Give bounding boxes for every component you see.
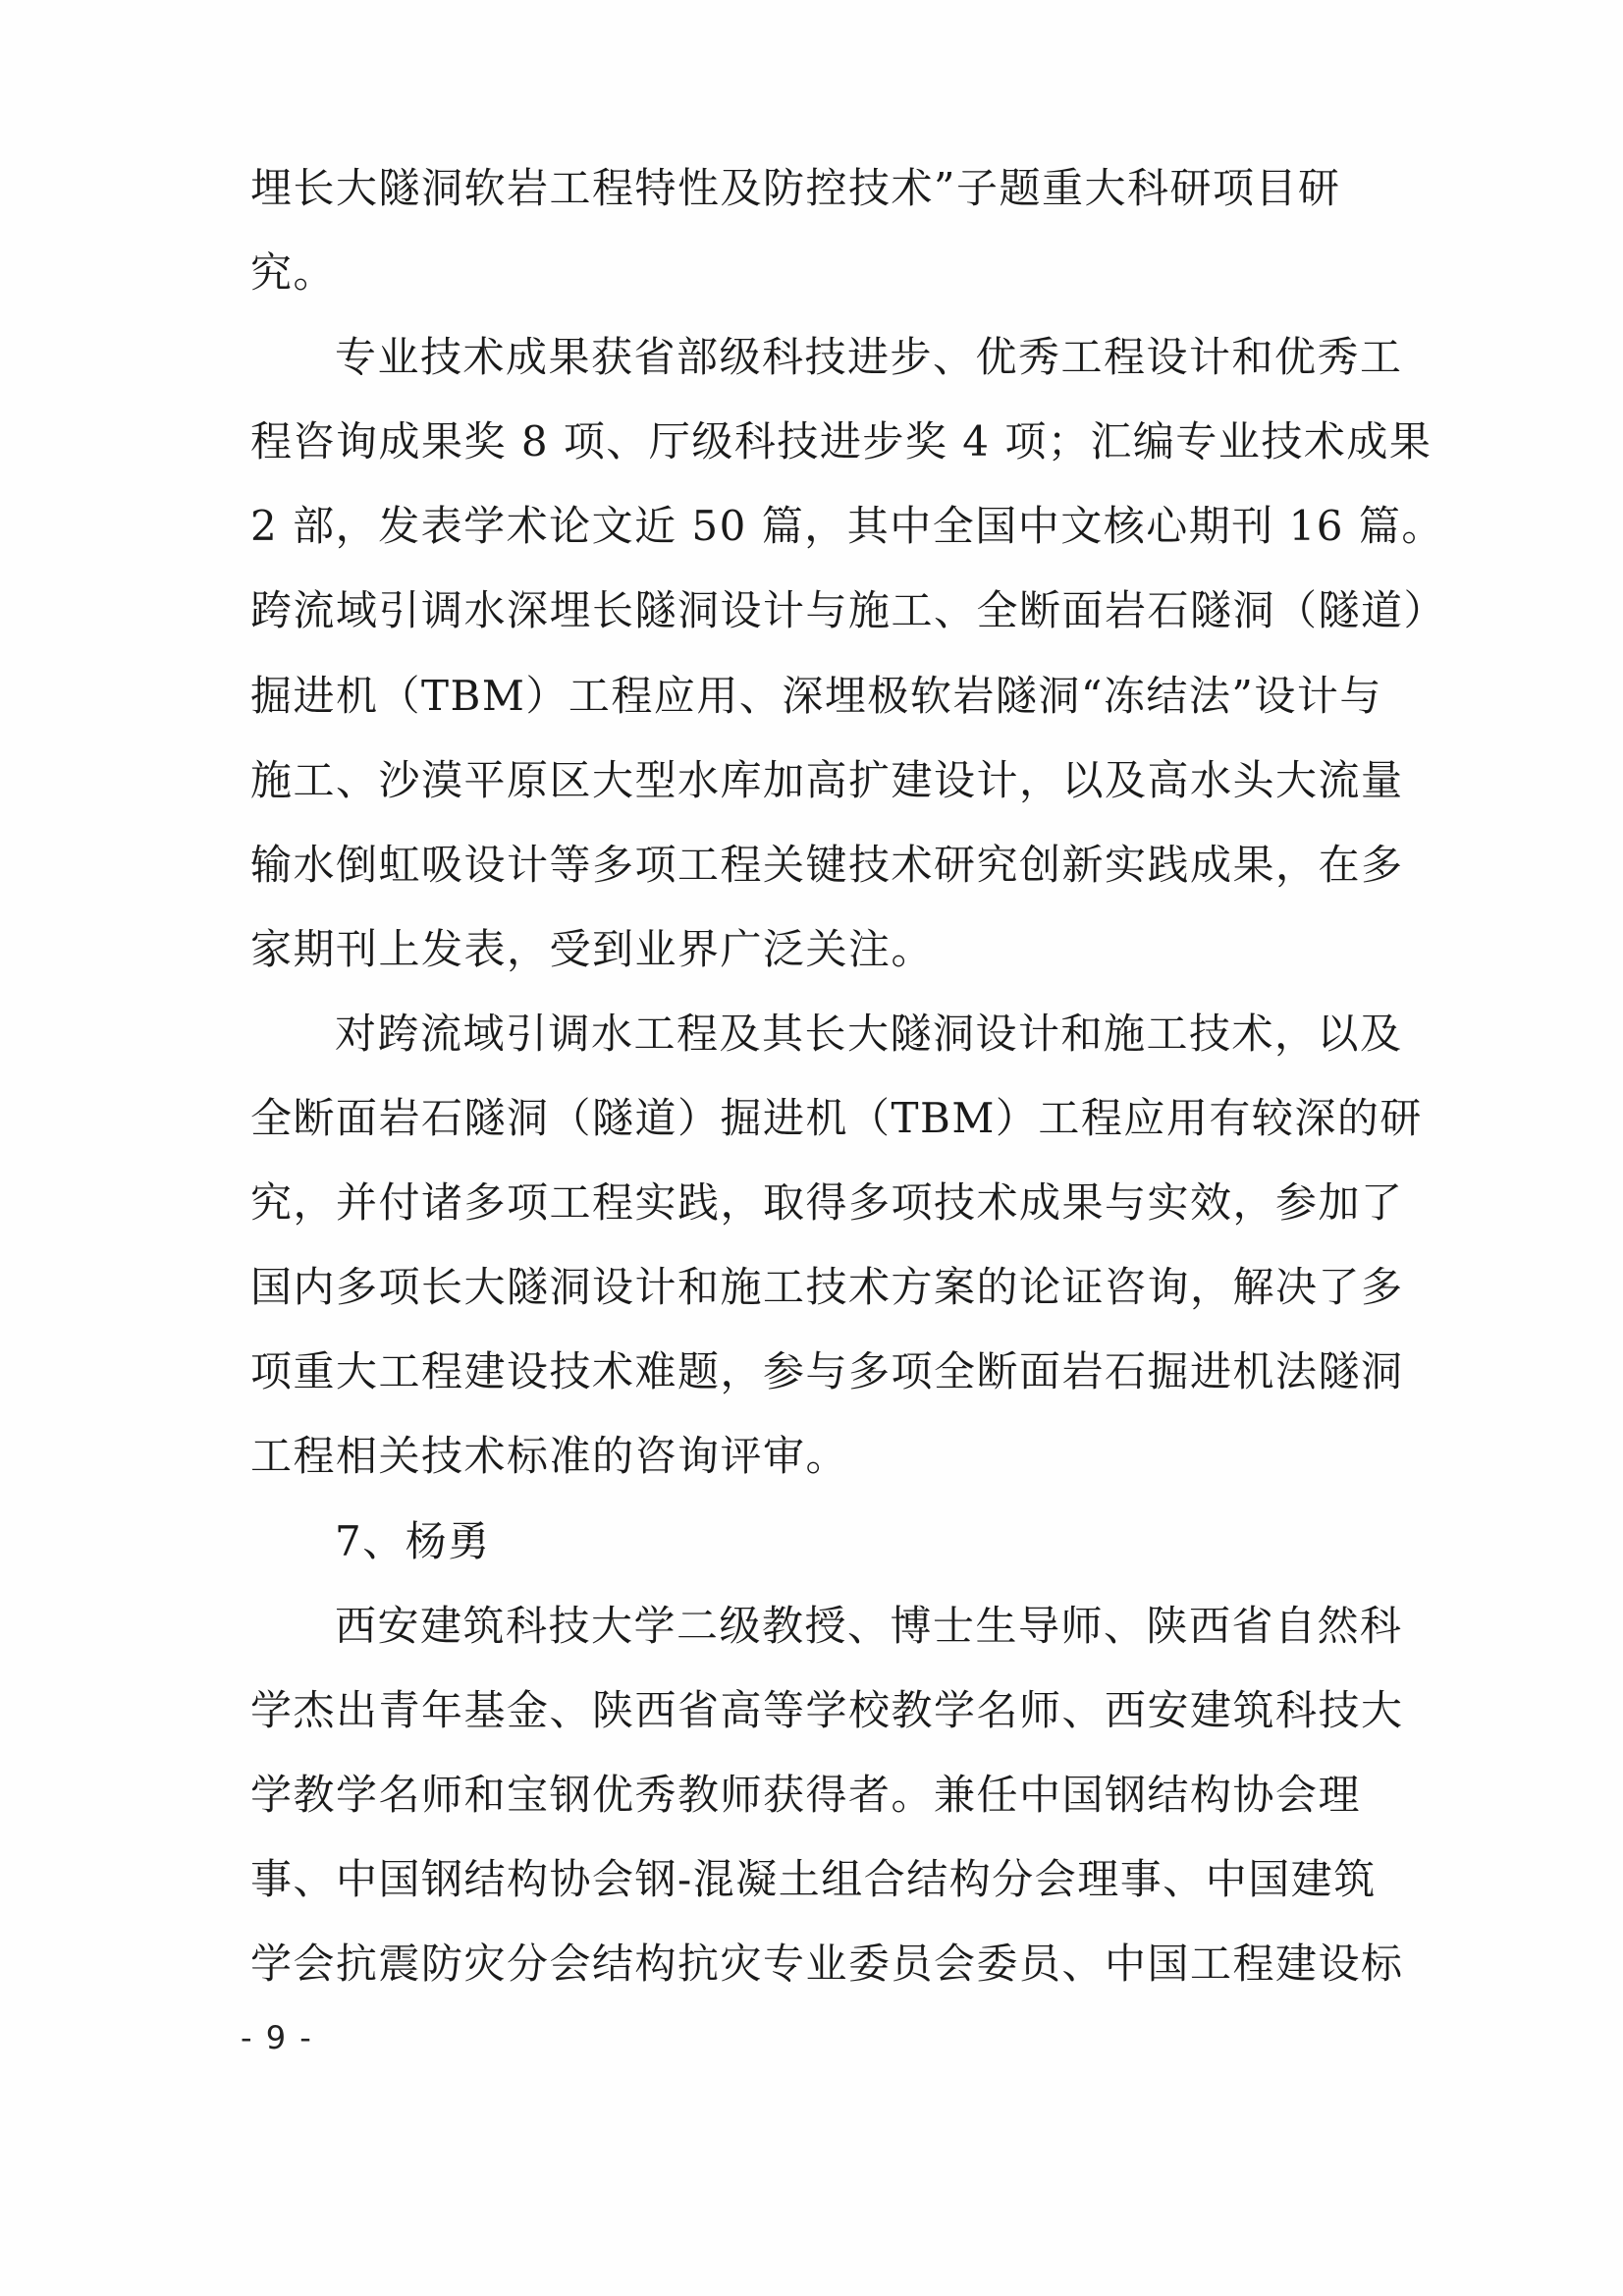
text-line: 学杰出青年基金、陕西省高等学校教学名师、西安建筑科技大 [250, 1668, 1409, 1753]
text-line: 家期刊上发表，受到业界广泛关注。 [250, 907, 1409, 992]
document-page: 埋长大隧洞软岩工程特性及防控技术”子题重大科研项目研 究。 专业技术成果获省部级… [0, 0, 1623, 2296]
text-line: 究。 [250, 231, 1409, 315]
paragraph-yang-yong-bio: 西安建筑科技大学二级教授、博士生导师、陕西省自然科 学杰出青年基金、陕西省高等学… [250, 1584, 1409, 2006]
text-line: 究，并付诸多项工程实践，取得多项技术成果与实效，参加了 [250, 1161, 1409, 1245]
text-line: 学教学名师和宝钢优秀教师获得者。兼任中国钢结构协会理 [250, 1753, 1409, 1837]
text-line: 程咨询成果奖 8 项、厅级科技进步奖 4 项；汇编专业技术成果 [250, 400, 1409, 484]
text-line: 国内多项长大隧洞设计和施工技术方案的论证咨询，解决了多 [250, 1245, 1409, 1330]
text-line: 输水倒虹吸设计等多项工程关键技术研究创新实践成果，在多 [250, 823, 1409, 907]
page-number: - 9 - [241, 2018, 313, 2057]
text-line: 项重大工程建设技术难题，参与多项全断面岩石掘进机法隧洞 [250, 1330, 1409, 1414]
text-line: 埋长大隧洞软岩工程特性及防控技术”子题重大科研项目研 [250, 146, 1409, 231]
section-heading: 7、杨勇 [250, 1500, 1409, 1584]
text-line: 跨流域引调水深埋长隧洞设计与施工、全断面岩石隧洞（隧道） [250, 569, 1409, 653]
text-line: 施工、沙漠平原区大型水库加高扩建设计，以及高水头大流量 [250, 738, 1409, 823]
paragraph-achievements: 专业技术成果获省部级科技进步、优秀工程设计和优秀工 程咨询成果奖 8 项、厅级科… [250, 315, 1409, 992]
paragraph-continuation: 埋长大隧洞软岩工程特性及防控技术”子题重大科研项目研 究。 [250, 146, 1409, 315]
text-line: 对跨流域引调水工程及其长大隧洞设计和施工技术，以及 [250, 992, 1409, 1076]
text-line: 专业技术成果获省部级科技进步、优秀工程设计和优秀工 [250, 315, 1409, 400]
paragraph-research: 对跨流域引调水工程及其长大隧洞设计和施工技术，以及 全断面岩石隧洞（隧道）掘进机… [250, 992, 1409, 1500]
text-line: 2 部，发表学术论文近 50 篇，其中全国中文核心期刊 16 篇。 [250, 484, 1409, 569]
text-line: 西安建筑科技大学二级教授、博士生导师、陕西省自然科 [250, 1584, 1409, 1668]
text-line: 掘进机（TBM）工程应用、深埋极软岩隧洞“冻结法”设计与 [250, 654, 1409, 738]
text-line: 事、中国钢结构协会钢-混凝土组合结构分会理事、中国建筑 [250, 1837, 1409, 1922]
text-line: 工程相关技术标准的咨询评审。 [250, 1414, 1409, 1499]
text-line: 全断面岩石隧洞（隧道）掘进机（TBM）工程应用有较深的研 [250, 1076, 1409, 1161]
text-line: 学会抗震防灾分会结构抗灾专业委员会委员、中国工程建设标 [250, 1922, 1409, 2006]
section-heading-yang-yong: 7、杨勇 [250, 1500, 1409, 1584]
body-text: 埋长大隧洞软岩工程特性及防控技术”子题重大科研项目研 究。 专业技术成果获省部级… [250, 146, 1409, 2006]
